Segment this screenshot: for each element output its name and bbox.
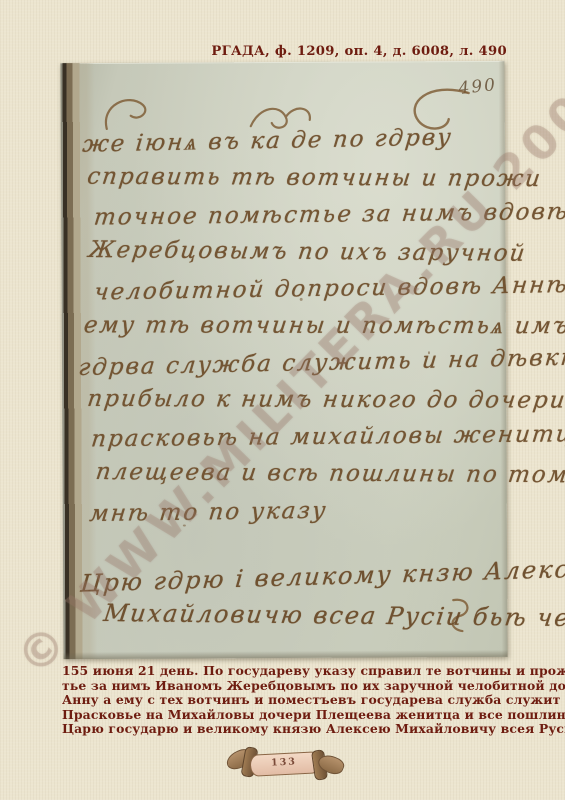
caption-line: тье за нимъ Иваномъ Жеребцовымъ по их за… <box>62 679 534 694</box>
caption-line: Анну а ему с тех вотчинъ и поместъевъ го… <box>62 693 534 708</box>
manuscript-line: гдрва служба служить и на дѣвкѣ <box>77 344 565 381</box>
manuscript-line: Црю гдрю і великому кнзю Алексѣю <box>79 554 565 598</box>
manuscript-line: ему тѣ вотчины и помѣстьѧ имъ <box>82 312 565 339</box>
caption-line: Прасковье на Михайловы дочери Плещеева ж… <box>62 708 534 723</box>
manuscript-line: точное помѣстье за нимъ вдовѣ <box>93 199 565 231</box>
manuscript-line: мнѣ то по указу <box>88 498 329 527</box>
archive-reference: РГАДА, ф. 1209, оп. 4, д. 6008, л. 490 <box>211 44 507 59</box>
book-page: РГАДА, ф. 1209, оп. 4, д. 6008, л. 490 4… <box>0 0 565 800</box>
manuscript-line: Жеребцовымъ по ихъ заручной <box>87 237 528 267</box>
manuscript-line: плещеева и всѣ пошлины по тому <box>94 459 565 488</box>
manuscript-line: справить тѣ вотчины и прожи <box>86 164 544 192</box>
manuscript-line: челобитной допроси вдовѣ Аннѣ <box>93 272 565 305</box>
caption-line: 155 июня 21 день. По государеву указу сп… <box>62 664 534 679</box>
manuscript-line: прибыло к нимъ никого до дочери <box>86 386 565 414</box>
caption-line: Царю государю и великому князю Алексею М… <box>62 722 534 737</box>
page-number-ribbon: 133 <box>228 744 340 788</box>
manuscript-line: Михайловичю всеа Русіи бьѣ чело <box>102 599 565 632</box>
manuscript-text-block: же іюнѧ въ ка де по гдрвусправить тѣ вот… <box>60 61 504 63</box>
manuscript-photo: 490 же іюнѧ въ ка де по гдрвусправить тѣ… <box>60 61 507 659</box>
page-bottom-edge <box>64 650 508 659</box>
manuscript-line: прасковьѣ на михайловы женитца <box>90 421 565 452</box>
transcription-caption: 155 июня 21 день. По государеву указу сп… <box>62 664 534 737</box>
